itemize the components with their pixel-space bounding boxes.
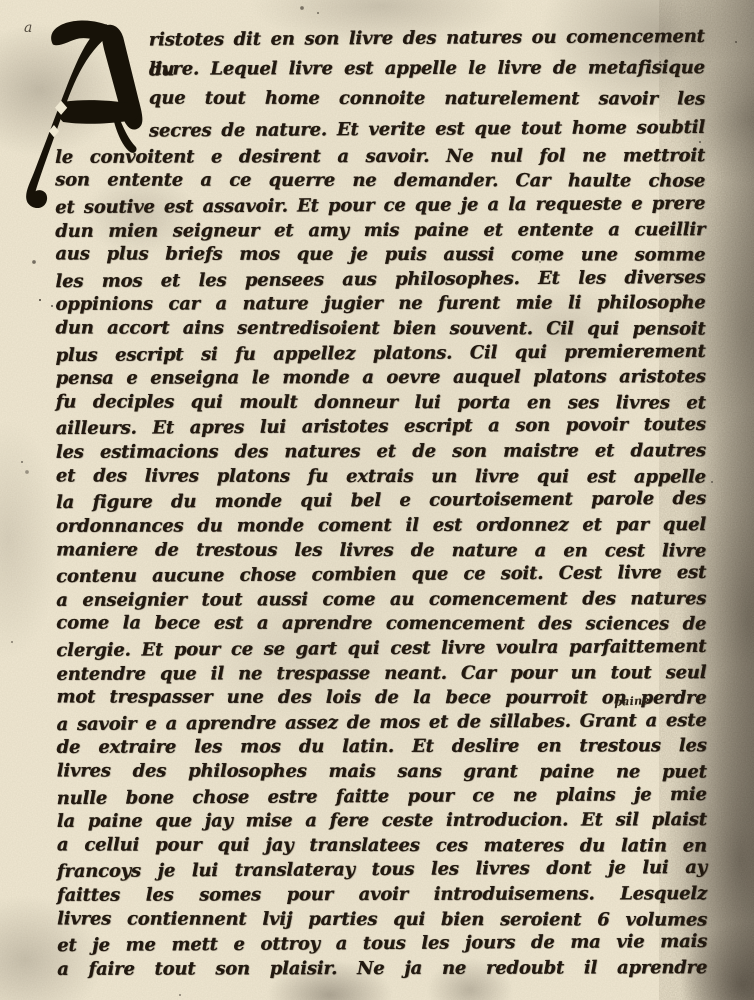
manuscript-line: et soutive est assavoir. Et pour ce que … [55,192,705,221]
manuscript-line: pensa e enseigna le monde a oevre auquel… [56,365,706,391]
manuscript-line: clergie. Et pour ce se gart qui cest liv… [56,635,706,664]
manuscript-line: a cellui pour qui jay translatees ces ma… [57,833,707,859]
manuscript-line: aus plus briefs mos que je puis aussi co… [55,243,705,269]
manuscript-line: a faire tout son plaisir. Ne ja ne redou… [57,956,707,982]
manuscript-line: et des livres platons fu extrais un livr… [56,464,706,490]
manuscript-line: son entente a ce querre ne demander. Car… [55,169,705,195]
manuscript-line: contenu aucune chose combien que ce soit… [56,561,706,590]
manuscript-line: ristotes dit en son livre des natures ou… [55,22,705,56]
manuscript-line: dun accort ains sentredisoient bien souv… [56,316,706,342]
manuscript-line: a savoir e a aprendre assez de mos et de… [57,709,707,738]
manuscript-line: secres de nature. Et verite est que tout… [55,112,705,146]
manuscript-line: que tout home connoite naturelement savo… [55,84,705,115]
manuscript-line: oppinions car a nature jugier ne furent … [55,292,705,318]
manuscript-line: la paine que jay mise a fere ceste intro… [57,808,707,834]
manuscript-line: come la bece est a aprendre comencement … [56,612,706,638]
manuscript-line: de extraire les mos du latin. Et deslire… [57,735,707,761]
manuscript-line: livres des philosophes mais sans grant p… [57,759,707,785]
manuscript-lines: ristotes dit en son livre des natures ou… [55,23,708,982]
manuscript-line: et je me mett e ottroy a tous les jours … [57,930,707,959]
manuscript-page: a ristotes dit en son li [0,0,754,1000]
manuscript-line: livres contiennent lvij parties qui bien… [57,907,707,933]
manuscript-line: a enseignier tout aussi come au comencem… [56,587,706,613]
manuscript-line: ailleurs. Et apres lui aristotes escript… [56,413,706,442]
manuscript-line: la figure du monde qui bel e courtoiseme… [56,487,706,516]
manuscript-line: plus escript si fu appellez platons. Cil… [56,340,706,369]
manuscript-line: faittes les somes pour avoir introduisem… [57,882,707,908]
manuscript-line: ordonnances du monde coment il est ordon… [56,513,706,539]
manuscript-line: mot trespasser une des lois de la bece p… [56,686,706,712]
manuscript-line: les mos et les pensees aus philosophes. … [55,266,705,295]
manuscript-line: francoys je lui translateray tous les li… [57,856,707,885]
manuscript-line: entendre que il ne trespasse neant. Car … [56,661,706,687]
manuscript-line: nulle bone chose estre faitte pour ce ne… [57,782,707,811]
manuscript-text-block: ristotes dit en son livre des natures ou… [55,23,708,982]
manuscript-line: fu deciples qui moult donneur lui porta … [56,390,706,416]
manuscript-line: le convoitent e desirent a savoir. Ne nu… [55,144,705,170]
manuscript-line: dun mien seigneur et amy mis paine et en… [55,218,705,244]
interlinear-note: paine [614,693,650,709]
manuscript-line: les estimacions des natures et de son ma… [56,439,706,465]
manuscript-line: maniere de trestous les livres de nature… [56,538,706,564]
